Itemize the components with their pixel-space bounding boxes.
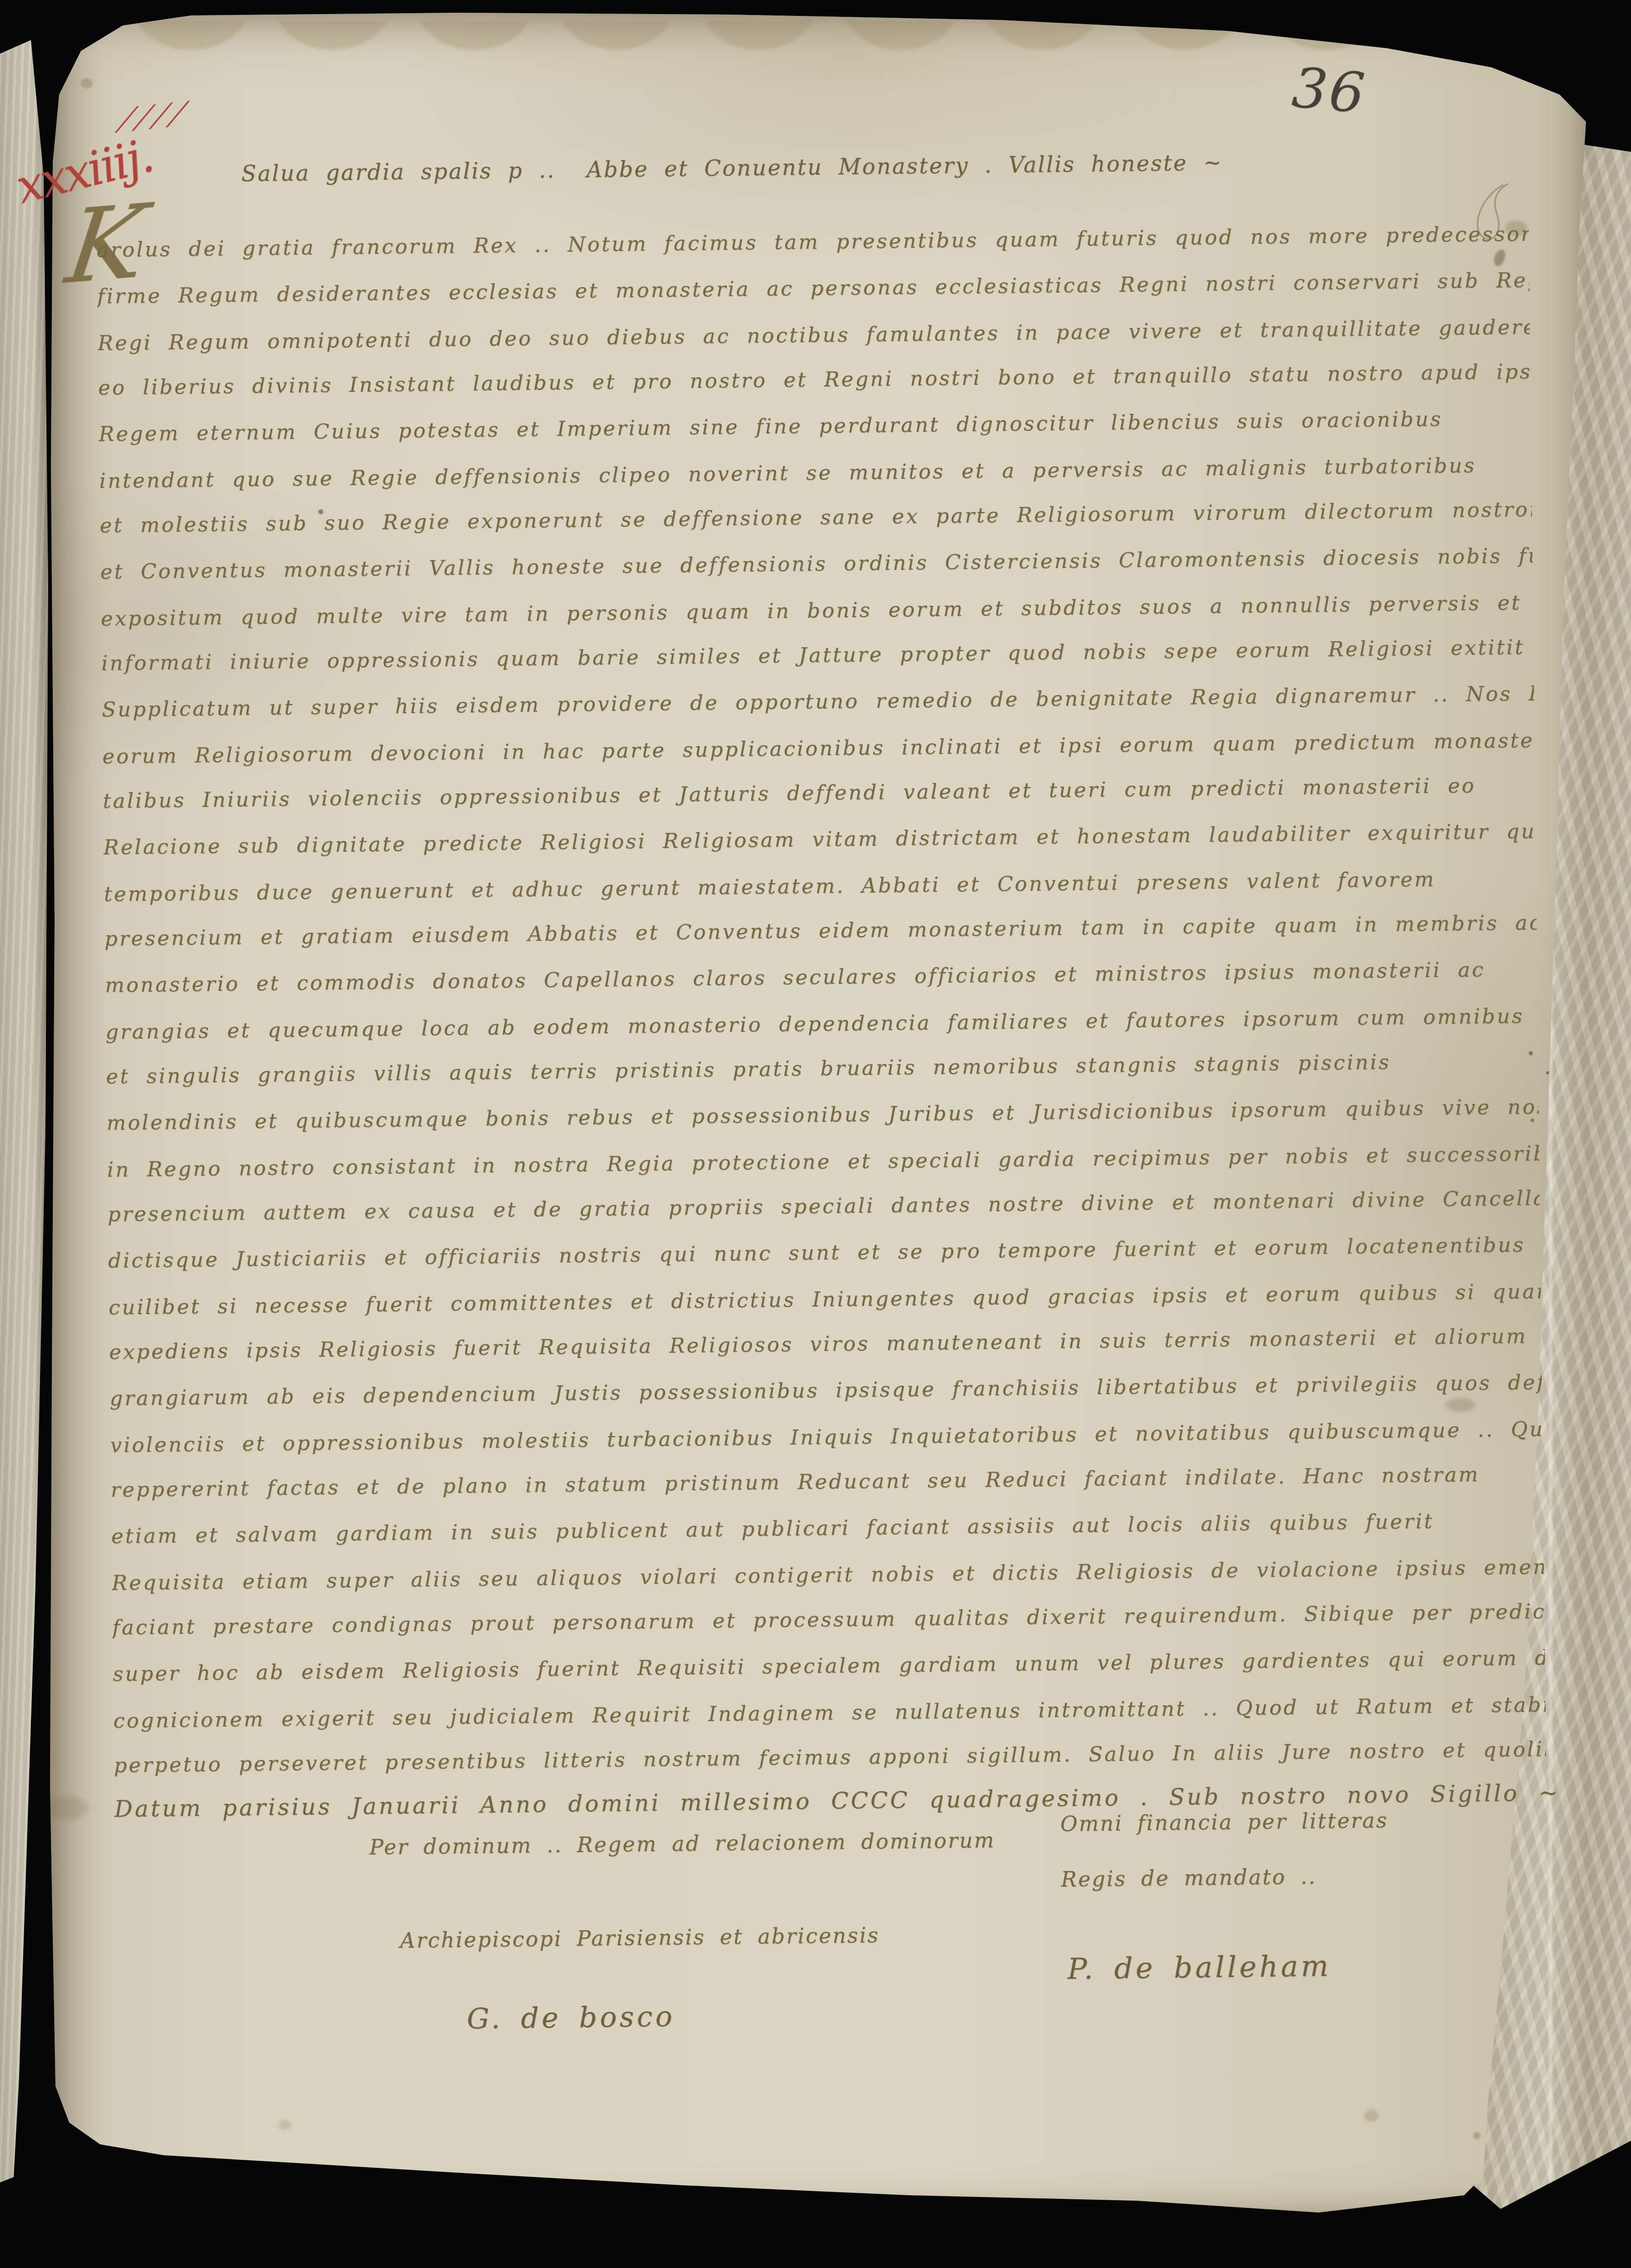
ink-speck	[1546, 1071, 1549, 1074]
chancery-note-financia: Omni financia per litteras	[1060, 1808, 1389, 1836]
body-lines: arolus dei gratia francorum Rex .. Notum…	[96, 211, 1546, 1789]
stain	[81, 78, 93, 88]
stain	[1364, 2110, 1379, 2122]
stain	[278, 2120, 291, 2130]
photograph-backdrop: //// xxxiiij. 36 Salua gardia spalis p .…	[0, 0, 1631, 2268]
stain	[1473, 2133, 1480, 2139]
clerk-signature-right: P. de balleham	[1067, 1949, 1331, 1986]
previous-page-edge	[0, 40, 52, 2187]
chancery-note-mandato: Regis de mandato ..	[1061, 1864, 1317, 1892]
folio-number: 36	[1290, 55, 1369, 126]
clerk-signature-left: G. de bosco	[467, 2000, 675, 2035]
stain	[45, 1796, 89, 1820]
margin-pen-mark-icon	[1470, 181, 1511, 249]
